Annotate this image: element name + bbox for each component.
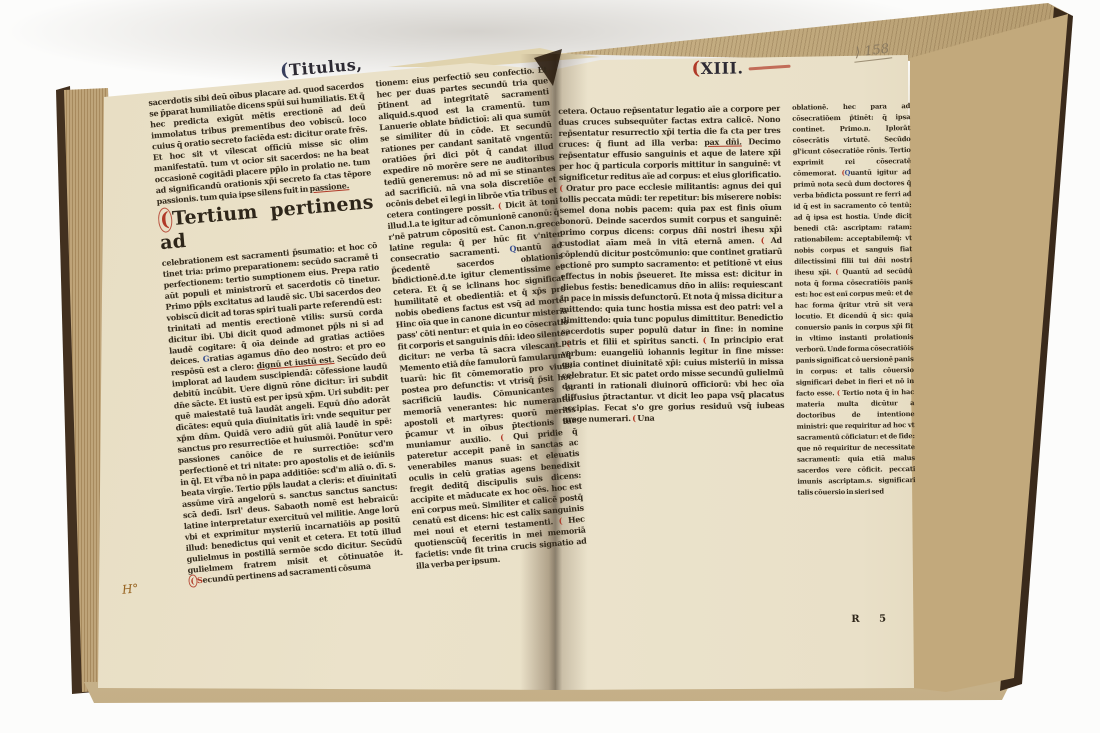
- right-page-chapter-number: (XIII.: [691, 57, 790, 79]
- right-page-column-2: oblationē. hec para ad cōsecratiōem p̄ti…: [792, 101, 917, 620]
- quire-signature-mark: R 5: [851, 613, 886, 624]
- right-page-content: (XIII. ⟩ 158 cetera. Octauo rep̄sentatur…: [558, 95, 918, 660]
- right-page-column-1: cetera. Octauo rep̄sentatur legatio aīe …: [558, 103, 787, 612]
- left-page-content: (Titulus, sacerdotis sibi deū oībus plac…: [147, 58, 594, 650]
- pilcrow-icon: (: [691, 58, 700, 79]
- chapter-number-text: XIII.: [700, 58, 743, 78]
- book-photo: (Titulus, sacerdotis sibi deū oībus plac…: [0, 0, 1100, 733]
- handwritten-margin-note: H°: [121, 581, 139, 597]
- left-page-column-1: sacerdotis sibi deū oībus placare ad. qu…: [148, 80, 407, 624]
- red-flourish-stroke: [748, 65, 790, 71]
